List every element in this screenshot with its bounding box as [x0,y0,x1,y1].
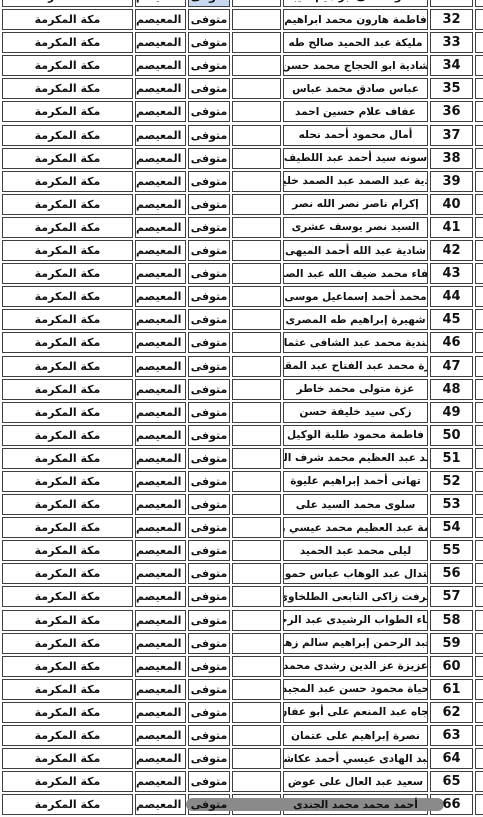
name-cell: صفاء الطواب الرشيدى عبد الرحيم [283,610,428,631]
empty-cell [232,263,281,284]
name-cell: مليكة عبد الحميد صالح طه [283,32,428,53]
row-number: 47 [442,359,460,374]
city-label: مكة المكرمة [35,129,101,142]
status-label: متوفى [191,360,228,373]
district-cell: جمع المعيصم [135,0,186,7]
name-cell: زكى سيد خليفة حسن [283,402,428,423]
status-label: متوفى [191,637,228,650]
city-cell: مكة المكرمة [2,448,133,469]
district-label: جمع المعيصم [136,313,186,326]
table-row: مكة المكرمة جمع المعيصم متوفى شهيرة إبرا… [2,309,483,330]
empty-cell [232,540,281,561]
row-number-cell: 38 [430,148,473,169]
city-label: مكة المكرمة [35,498,101,511]
district-label: جمع المعيصم [136,59,186,72]
table-row: مكة المكرمة جمع المعيصم متوفى عزيزة عز ا… [2,656,483,677]
status-cell: متوفى [188,540,230,561]
empty-cell [232,332,281,353]
city-label: مكة المكرمة [35,729,101,742]
city-label: مكة المكرمة [35,752,101,765]
table-row: مكة المكرمة جمع المعيصم متوفى أفندية محم… [2,332,483,353]
row-number-cell: 37 [430,125,473,146]
district-label: جمع المعيصم [136,152,186,165]
city-label: مكة المكرمة [35,13,101,26]
name-cell: عبد الهادى عيسي أحمد عكاشة [283,748,428,769]
table-row: مكة المكرمة جمع المعيصم متوفى نصرة إبراه… [2,725,483,746]
edge-sliver-cell [475,379,483,400]
district-label: جمع المعيصم [136,775,186,788]
row-number-cell: 57 [430,586,473,607]
district-label: جمع المعيصم [136,406,186,419]
row-number: 50 [442,428,460,443]
row-number: 35 [442,81,460,96]
table-row: مكة المكرمة جمع المعيصم متوفى معصومة على… [2,0,483,7]
district-label: جمع المعيصم [136,475,186,488]
city-cell: مكة المكرمة [2,633,133,654]
name-cell: شادية عبد الله أحمد الميهى [283,240,428,261]
empty-cell [232,55,281,76]
row-number: 49 [442,405,460,420]
table-row: مكة المكرمة جمع المعيصم متوفى محمد عبد ا… [2,448,483,469]
row-number-cell: 46 [430,332,473,353]
status-cell: متوفى [188,679,230,700]
name-cell: عزة متولى محمد خاطر [283,379,428,400]
row-number-cell: 59 [430,633,473,654]
empty-cell [232,171,281,192]
empty-cell [232,9,281,30]
row-number: 63 [442,728,460,743]
city-cell: مكة المكرمة [2,55,133,76]
city-cell: مكة المكرمة [2,171,133,192]
empty-cell [232,494,281,515]
row-number-cell: 54 [430,517,473,538]
name-cell: اعتدال عبد الوهاب عباس حمودة [283,563,428,584]
table-row: مكة المكرمة جمع المعيصم متوفى سونه سيد أ… [2,148,483,169]
table-row: مكة المكرمة جمع المعيصم متوفى أحمد محمد … [2,794,483,815]
name-cell: إكرام ناصر نصر الله نصر [283,194,428,215]
person-name: أفندية محمد عبد الشافى عثمان [283,337,428,349]
edge-sliver-cell [475,194,483,215]
person-name: شادية عبد الله أحمد الميهى [285,245,426,257]
row-number: 45 [442,312,460,327]
name-cell: سومة عبد العظيم محمد عيسي رزق [283,517,428,538]
empty-cell [232,633,281,654]
person-name: إكرام ناصر نصر الله نصر [292,198,419,210]
row-number-cell: 44 [430,286,473,307]
status-cell: متوفى [188,356,230,377]
empty-cell [232,517,281,538]
name-cell: فاطمة محمود طلبة الوكيل [283,425,428,446]
district-label: جمع المعيصم [136,798,186,811]
person-name: زكى سيد خليفة حسن [299,406,411,418]
city-label: مكة المكرمة [35,175,101,188]
person-name: معصومة على ابراهيم طيبة [287,0,425,3]
row-number: 42 [442,243,460,258]
status-label: متوفى [191,475,228,488]
row-number: 53 [442,497,460,512]
district-label: جمع المعيصم [136,105,186,118]
name-cell: سلوى محمد السيد على [283,494,428,515]
district-label: جمع المعيصم [136,567,186,580]
status-cell: متوفى [188,702,230,723]
row-number-cell: 64 [430,748,473,769]
table-row: مكة المكرمة جمع المعيصم متوفى حياة محمود… [2,679,483,700]
name-cell: نجاه عبد المنعم على أبو عفان [283,702,428,723]
empty-cell [232,448,281,469]
city-label: مكة المكرمة [35,383,101,396]
name-cell: محمد أحمد إسماعيل موسى [283,286,428,307]
edge-sliver-cell [475,748,483,769]
city-label: مكة المكرمة [35,637,101,650]
district-label: جمع المعيصم [136,336,186,349]
empty-cell [232,148,281,169]
district-label: جمع المعيصم [136,683,186,696]
status-label: متوفى [191,498,228,511]
status-cell: متوفى [188,425,230,446]
district-cell: جمع المعيصم [135,332,186,353]
status-label: متوفى [191,221,228,234]
table-row: مكة المكرمة جمع المعيصم متوفى عزة متولى … [2,379,483,400]
edge-sliver-cell [475,32,483,53]
city-cell: مكة المكرمة [2,586,133,607]
city-label: مكة المكرمة [35,452,101,465]
district-cell: جمع المعيصم [135,610,186,631]
status-cell: متوفى [188,748,230,769]
district-cell: جمع المعيصم [135,586,186,607]
district-label: جمع المعيصم [136,198,186,211]
status-cell: متوفى [188,0,230,7]
row-number: 62 [442,705,460,720]
district-cell: جمع المعيصم [135,771,186,792]
city-label: مكة المكرمة [35,82,101,95]
district-cell: جمع المعيصم [135,794,186,815]
empty-cell [232,656,281,677]
row-number-cell: 58 [430,610,473,631]
row-number: 37 [442,128,460,143]
row-number: 51 [442,451,460,466]
district-cell: جمع المعيصم [135,125,186,146]
table-row: مكة المكرمة جمع المعيصم متوفى فاطمة محمو… [2,425,483,446]
edge-sliver-cell [475,679,483,700]
row-number-cell: 43 [430,263,473,284]
edge-sliver-cell [475,702,483,723]
person-name: عبد الهادى عيسي أحمد عكاشة [283,753,428,765]
person-name: أمال محمود أحمد نحله [299,129,413,141]
name-cell: عباس صادق محمد عباس [283,78,428,99]
city-cell: مكة المكرمة [2,702,133,723]
edge-sliver-cell [475,494,483,515]
city-cell: مكة المكرمة [2,794,133,815]
empty-cell [232,379,281,400]
city-label: مكة المكرمة [35,290,101,303]
status-cell: متوفى [188,240,230,261]
person-name: شادية ابو الحجاج محمد حسن [283,60,428,72]
status-cell: متوفى [188,263,230,284]
edge-sliver-cell [475,0,483,7]
status-cell: متوفى [188,9,230,30]
status-label: متوفى [191,290,228,303]
empty-cell [232,725,281,746]
table-row: مكة المكرمة جمع المعيصم متوفى فاطمة هارو… [2,9,483,30]
name-cell: سعيد عبد العال على عوض [283,771,428,792]
empty-cell [232,78,281,99]
status-cell: متوفى [188,101,230,122]
city-cell: مكة المكرمة [2,78,133,99]
status-cell: متوفى [188,125,230,146]
name-cell: شادية ابو الحجاج محمد حسن [283,55,428,76]
city-cell: مكة المكرمة [2,471,133,492]
city-cell: مكة المكرمة [2,32,133,53]
empty-cell [232,0,281,7]
city-label: مكة المكرمة [35,775,101,788]
status-cell: متوفى [188,448,230,469]
table-row: مكة المكرمة جمع المعيصم متوفى صفاء محمد … [2,263,483,284]
district-label: جمع المعيصم [136,729,186,742]
edge-sliver-cell [475,240,483,261]
table-row: مكة المكرمة جمع المعيصم متوفى عفاف علام … [2,101,483,122]
city-label: مكة المكرمة [35,521,101,534]
district-cell: جمع المعيصم [135,263,186,284]
row-number: 40 [442,197,460,212]
city-cell: مكة المكرمة [2,517,133,538]
district-cell: جمع المعيصم [135,425,186,446]
table-row: مكة المكرمة جمع المعيصم متوفى محمد أحمد … [2,286,483,307]
edge-sliver-cell [475,309,483,330]
city-label: مكة المكرمة [35,267,101,280]
district-cell: جمع المعيصم [135,748,186,769]
table-row: مكة المكرمة جمع المعيصم متوفى ليلى محمد … [2,540,483,561]
edge-sliver-cell [475,125,483,146]
status-cell: متوفى [188,402,230,423]
district-label: جمع المعيصم [136,452,186,465]
city-cell: مكة المكرمة [2,402,133,423]
person-name: عزيزة عز الدين رشدى محمد [283,660,428,672]
edge-sliver-cell [475,356,483,377]
empty-cell [232,679,281,700]
status-label: متوفى [191,590,228,603]
city-label: مكة المكرمة [35,544,101,557]
city-label: مكة المكرمة [35,567,101,580]
row-number: 34 [442,58,460,73]
city-cell: مكة المكرمة [2,332,133,353]
district-label: جمع المعيصم [136,129,186,142]
status-label: متوفى [191,429,228,442]
district-label: جمع المعيصم [136,752,186,765]
person-name: أحمد محمد محمد الجندى [293,799,418,811]
row-number-cell: 63 [430,725,473,746]
person-name: نادية عبد الصمد عبد الصمد خليل [283,175,428,187]
empty-cell [232,586,281,607]
table-row: مكة المكرمة جمع المعيصم متوفى زكى سيد خل… [2,402,483,423]
city-label: مكة المكرمة [35,406,101,419]
city-cell: مكة المكرمة [2,217,133,238]
status-label: متوفى [191,198,228,211]
empty-cell [232,771,281,792]
status-label: متوفى [191,336,228,349]
row-number: 43 [442,266,460,281]
name-cell: تهانى أحمد إبراهيم عليوة [283,471,428,492]
city-label: مكة المكرمة [35,313,101,326]
district-cell: جمع المعيصم [135,679,186,700]
district-cell: جمع المعيصم [135,55,186,76]
row-number: 65 [442,774,460,789]
edge-sliver-cell [475,633,483,654]
district-label: جمع المعيصم [136,429,186,442]
row-number: 39 [442,174,460,189]
person-name: نصرة إبراهيم على عتمان [291,730,420,742]
row-number: 64 [442,751,460,766]
district-label: جمع المعيصم [136,244,186,257]
status-cell: متوفى [188,586,230,607]
row-number: 44 [442,289,460,304]
city-label: مكة المكرمة [35,429,101,442]
status-label: متوفى [191,521,228,534]
name-cell: نصرة إبراهيم على عتمان [283,725,428,746]
row-number-cell: 32 [430,9,473,30]
city-label: مكة المكرمة [35,706,101,719]
person-name: نجاه عبد المنعم على أبو عفان [283,706,428,718]
row-number-cell: 52 [430,471,473,492]
name-cell: عزيزة محمد عبد الفتاح عبد المقصود [283,356,428,377]
city-cell: مكة المكرمة [2,540,133,561]
document-page: { "table": { "city": "مكة المكرمة", "dis… [0,0,483,817]
empty-cell [232,217,281,238]
name-cell: معصومة على ابراهيم طيبة [283,0,428,7]
person-name: اعتدال عبد الوهاب عباس حمودة [283,568,428,580]
row-number-cell: 42 [430,240,473,261]
table-row: مكة المكرمة جمع المعيصم متوفى سعيد عبد ا… [2,771,483,792]
name-cell: صفاء محمد ضيف الله عبد الصمد [283,263,428,284]
table-row: مكة المكرمة جمع المعيصم متوفى سلوى محمد … [2,494,483,515]
name-cell: ليلى محمد عبد الحميد [283,540,428,561]
district-label: جمع المعيصم [136,498,186,511]
table-row: مكة المكرمة جمع المعيصم متوفى سومة عبد ا… [2,517,483,538]
edge-sliver-cell [475,286,483,307]
district-label: جمع المعيصم [136,290,186,303]
row-number-cell: 50 [430,425,473,446]
row-number: 59 [442,636,460,651]
district-label: جمع المعيصم [136,267,186,280]
row-number: 32 [442,12,460,27]
city-label: مكة المكرمة [35,0,101,3]
person-name: حياة محمود حسن عبد المجيد [283,683,428,695]
city-label: مكة المكرمة [35,152,101,165]
name-cell: عفاف علام حسين احمد [283,101,428,122]
table-row: مكة المكرمة جمع المعيصم متوفى نادية عبد … [2,171,483,192]
status-label: متوفى [191,383,228,396]
district-cell: جمع المعيصم [135,402,186,423]
district-cell: جمع المعيصم [135,194,186,215]
status-label: متوفى [191,452,228,465]
table-row: مكة المكرمة جمع المعيصم متوفى تهانى أحمد… [2,471,483,492]
empty-cell [232,702,281,723]
empty-cell [232,194,281,215]
name-cell: نادية عبد الصمد عبد الصمد خليل [283,171,428,192]
city-label: مكة المكرمة [35,660,101,673]
status-cell: متوفى [188,517,230,538]
table-row: مكة المكرمة جمع المعيصم متوفى أمال محمود… [2,125,483,146]
district-label: جمع المعيصم [136,521,186,534]
row-number: 61 [442,682,460,697]
person-name: فاطمة هارون محمد ابراهيم [284,14,426,26]
name-cell: سونه سيد أحمد عبد اللطيف [283,148,428,169]
name-cell: محمد عبد العظيم محمد شرف الدين [283,448,428,469]
status-label: متوفى [191,129,228,142]
district-cell: جمع المعيصم [135,286,186,307]
edge-sliver-cell [475,101,483,122]
edge-sliver-cell [475,332,483,353]
row-number: 57 [442,589,460,604]
city-label: مكة المكرمة [35,221,101,234]
city-label: مكة المكرمة [35,683,101,696]
city-cell: مكة المكرمة [2,101,133,122]
empty-cell [232,471,281,492]
status-cell: متوفى [188,148,230,169]
district-label: جمع المعيصم [136,637,186,650]
status-label: متوفى [191,729,228,742]
district-cell: جمع المعيصم [135,78,186,99]
status-cell: متوفى [188,771,230,792]
person-name: فاطمة محمود طلبة الوكيل [287,429,424,441]
empty-cell [232,356,281,377]
row-number-cell: 55 [430,540,473,561]
table-row: مكة المكرمة جمع المعيصم متوفى عباس صادق … [2,78,483,99]
row-number-cell: 41 [430,217,473,238]
empty-cell [232,610,281,631]
table-row: مكة المكرمة جمع المعيصم متوفى عزيزة محمد… [2,356,483,377]
edge-sliver-cell [475,171,483,192]
row-number: 36 [442,104,460,119]
status-cell: متوفى [188,171,230,192]
table-row: مكة المكرمة جمع المعيصم متوفى اعتدال عبد… [2,563,483,584]
status-label: متوفى [191,544,228,557]
city-cell: مكة المكرمة [2,656,133,677]
status-label: متوفى [191,175,228,188]
status-label: متوفى [191,82,228,95]
status-cell: متوفى [188,332,230,353]
status-label: متوفى [191,152,228,165]
edge-sliver-cell [475,448,483,469]
city-label: مكة المكرمة [35,105,101,118]
district-cell: جمع المعيصم [135,517,186,538]
edge-sliver-cell [475,610,483,631]
status-cell: متوفى [188,194,230,215]
row-number-cell: 36 [430,101,473,122]
row-number-cell: 60 [430,656,473,677]
row-number: 41 [442,220,460,235]
row-number: 31 [442,0,460,4]
status-cell: متوفى [188,55,230,76]
status-label: متوفى [191,660,228,673]
status-cell: متوفى [188,32,230,53]
empty-cell [232,563,281,584]
city-label: مكة المكرمة [35,360,101,373]
edge-sliver-cell [475,148,483,169]
name-cell: شهيرة إبراهيم طه المصرى [283,309,428,330]
city-label: مكة المكرمة [35,244,101,257]
person-name: مرفت زاكى التابعى الطلخاوى [283,591,428,603]
edge-sliver-cell [475,517,483,538]
district-label: جمع المعيصم [136,660,186,673]
table-row: مكة المكرمة جمع المعيصم متوفى مرفت زاكى … [2,586,483,607]
edge-sliver-cell [475,217,483,238]
status-cell: متوفى [188,563,230,584]
district-cell: جمع المعيصم [135,379,186,400]
table-row: مكة المكرمة جمع المعيصم متوفى عبد الهادى… [2,748,483,769]
city-label: مكة المكرمة [35,475,101,488]
name-cell: عبد الرحمن إبراهيم سالم زهو [283,633,428,654]
status-cell: متوفى [188,471,230,492]
